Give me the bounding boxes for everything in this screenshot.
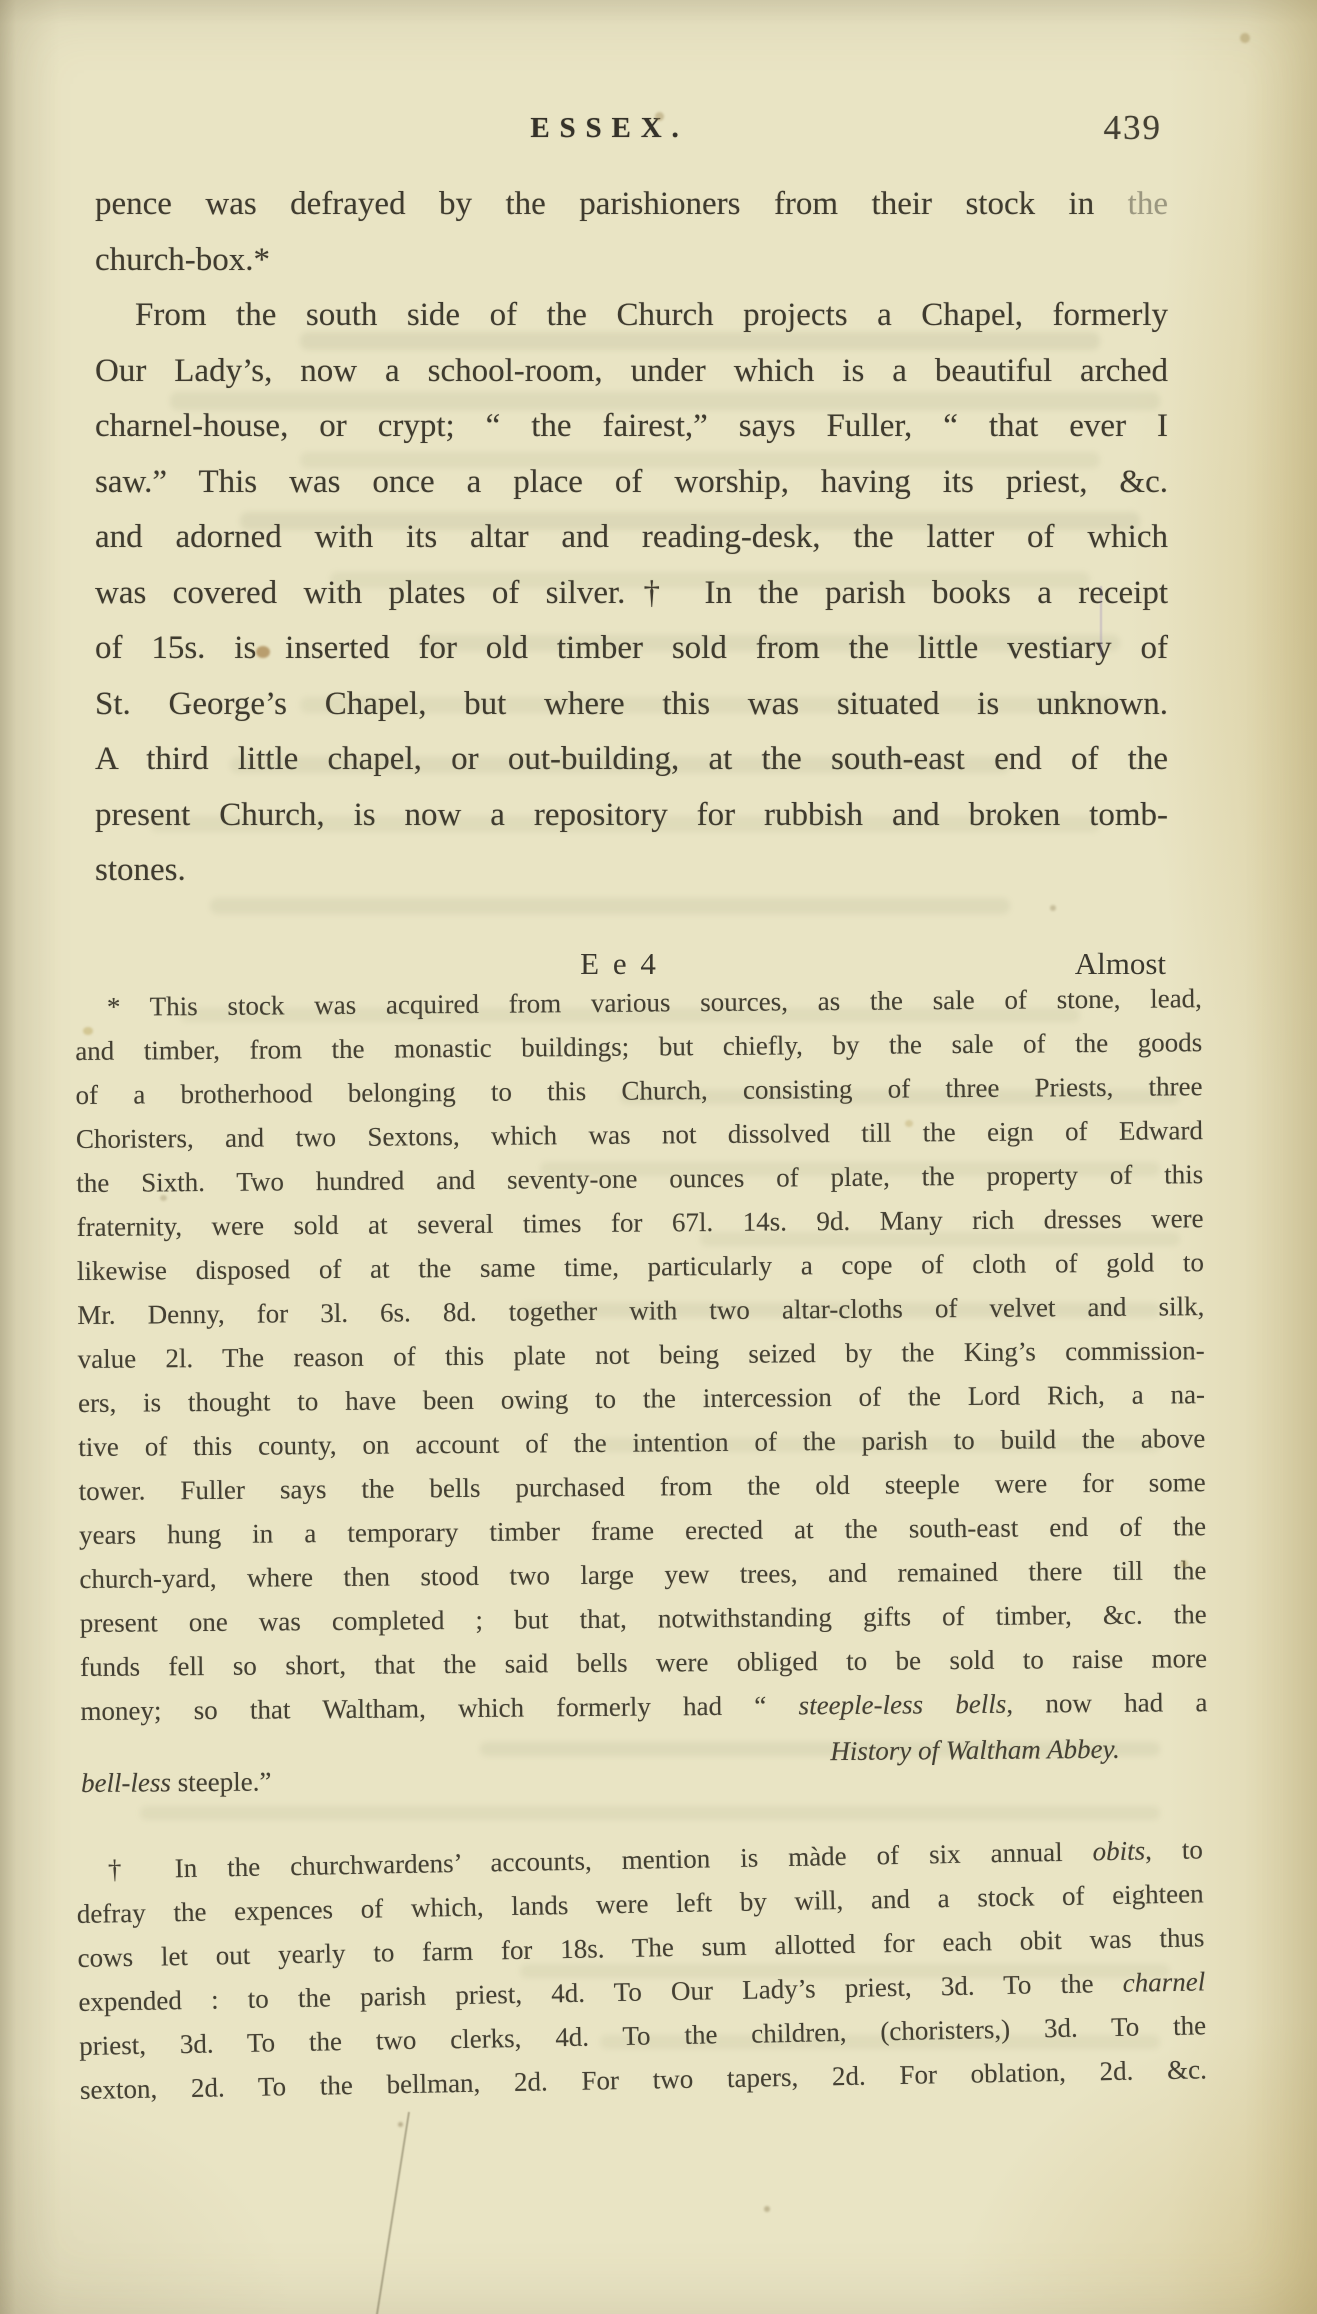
text-segment: steeple.” bbox=[171, 1766, 272, 1797]
text-segment: From the south side of the Church projec… bbox=[135, 297, 1168, 333]
text-segment: and adorned with its altar and reading-d… bbox=[95, 519, 1168, 555]
text-segment: tive of this county, on account of the i… bbox=[78, 1423, 1205, 1462]
text-segment: funds fell so short, that the said bells… bbox=[80, 1643, 1207, 1682]
text-segment: ers, is thought to have been owing to th… bbox=[78, 1379, 1205, 1418]
paper-stain bbox=[764, 2206, 770, 2212]
paragraph: pence was defrayed by the parishioners f… bbox=[95, 177, 1168, 288]
text-line: stones. bbox=[95, 843, 1168, 899]
page-header: ESSEX. 439 bbox=[95, 108, 1168, 152]
text-segment: value 2l. The reason of this plate not b… bbox=[78, 1335, 1205, 1374]
text-segment: charnel-house, or crypt; “ the fairest,”… bbox=[95, 408, 1168, 444]
text-segment: the bbox=[1128, 186, 1168, 222]
text-segment: money; so that Waltham, which formerly h… bbox=[80, 1690, 798, 1726]
footnote-2-lines: † In the churchwardens’ accounts, mentio… bbox=[76, 1827, 1208, 2112]
text-line: church-box.* bbox=[95, 233, 1168, 289]
running-title: ESSEX. bbox=[530, 112, 688, 145]
text-segment: saw.” This was once a place of worship, … bbox=[95, 464, 1168, 500]
text-segment: present one was completed ; but that, no… bbox=[80, 1599, 1207, 1638]
text-segment: of a brotherhood belonging to this Churc… bbox=[75, 1071, 1202, 1110]
text-segment: St. George’s Chapel, but where this was … bbox=[95, 686, 1168, 722]
text-line: present Church, is now a repository for … bbox=[95, 788, 1168, 844]
paper-stain bbox=[1050, 905, 1056, 911]
text-segment: , now had a bbox=[1006, 1687, 1207, 1719]
text-segment: tower. Fuller says the bells purchased f… bbox=[79, 1467, 1206, 1506]
text-segment: Choristers, and two Sextons, which was n… bbox=[76, 1115, 1203, 1154]
page-number: 439 bbox=[1104, 108, 1163, 148]
text-line: pence was defrayed by the parishioners f… bbox=[95, 177, 1168, 233]
text-segment: stones. bbox=[95, 852, 186, 888]
text-segment: of 15s. is inserted for old timber sold … bbox=[95, 630, 1168, 666]
text-segment: A third little chapel, or out-building, … bbox=[95, 741, 1168, 777]
source-citation: History of Waltham Abbey. bbox=[830, 1727, 1120, 1773]
footnote-2: † In the churchwardens’ accounts, mentio… bbox=[76, 1827, 1208, 2112]
footnote-1-last-words: bell-less steeple.” bbox=[81, 1759, 272, 1804]
paragraph: From the south side of the Church projec… bbox=[95, 288, 1168, 899]
signature-mark: E e 4 bbox=[580, 946, 659, 982]
text-line: was covered with plates of silver.† In t… bbox=[95, 566, 1168, 622]
text-segment: Mr. Denny, for 3l. 6s. 8d. together with… bbox=[77, 1291, 1204, 1330]
text-segment: church-box.* bbox=[95, 242, 270, 278]
text-segment: bell-less bbox=[81, 1767, 171, 1798]
footnote-1-final-row: bell-less steeple.” History of Waltham A… bbox=[81, 1724, 1209, 1817]
footnote-1-lines: * This stock was acquired from various s… bbox=[75, 976, 1208, 1733]
text-line: A third little chapel, or out-building, … bbox=[95, 732, 1168, 788]
text-segment: present Church, is now a repository for … bbox=[95, 797, 1168, 833]
text-line: Our Lady’s, now a school-room, under whi… bbox=[95, 344, 1168, 400]
text-segment: was covered with plates of silver.† In t… bbox=[95, 575, 1168, 611]
text-line: and adorned with its altar and reading-d… bbox=[95, 510, 1168, 566]
text-line: St. George’s Chapel, but where this was … bbox=[95, 677, 1168, 733]
text-segment: Our Lady’s, now a school-room, under whi… bbox=[95, 353, 1168, 389]
text-segment: charnel bbox=[1122, 1966, 1205, 1998]
text-segment: , to bbox=[1145, 1834, 1203, 1865]
text-segment: the Sixth. Two hundred and seventy-one o… bbox=[76, 1159, 1203, 1198]
text-line: saw.” This was once a place of worship, … bbox=[95, 455, 1168, 511]
paper-crease bbox=[375, 2112, 410, 2314]
footnote-1: * This stock was acquired from various s… bbox=[75, 976, 1208, 1817]
text-segment: obits bbox=[1092, 1835, 1145, 1866]
text-segment: and timber, from the monastic buildings;… bbox=[75, 1027, 1202, 1066]
ink-mark bbox=[1100, 586, 1102, 656]
body-text: pence was defrayed by the parishioners f… bbox=[95, 177, 1168, 899]
text-segment: pence was defrayed by the parishioners f… bbox=[95, 186, 1128, 222]
book-page-scan: ESSEX. 439 pence was defrayed by the par… bbox=[0, 0, 1317, 2314]
text-segment: * This stock was acquired from various s… bbox=[107, 983, 1202, 1022]
text-segment: steeple-less bells bbox=[798, 1689, 1006, 1721]
text-line: From the south side of the Church projec… bbox=[95, 288, 1168, 344]
text-segment: likewise disposed of at the same time, p… bbox=[77, 1247, 1204, 1286]
text-segment: fraternity, were sold at several times f… bbox=[77, 1203, 1204, 1242]
paper-stain bbox=[398, 2122, 403, 2127]
text-segment: years hung in a temporary timber frame e… bbox=[79, 1511, 1206, 1550]
text-segment: church-yard, where then stood two large … bbox=[79, 1555, 1206, 1594]
showthrough-mark bbox=[210, 898, 1010, 914]
paper-stain bbox=[1240, 33, 1250, 43]
text-line: charnel-house, or crypt; “ the fairest,”… bbox=[95, 399, 1168, 455]
text-line: of 15s. is inserted for old timber sold … bbox=[95, 621, 1168, 677]
